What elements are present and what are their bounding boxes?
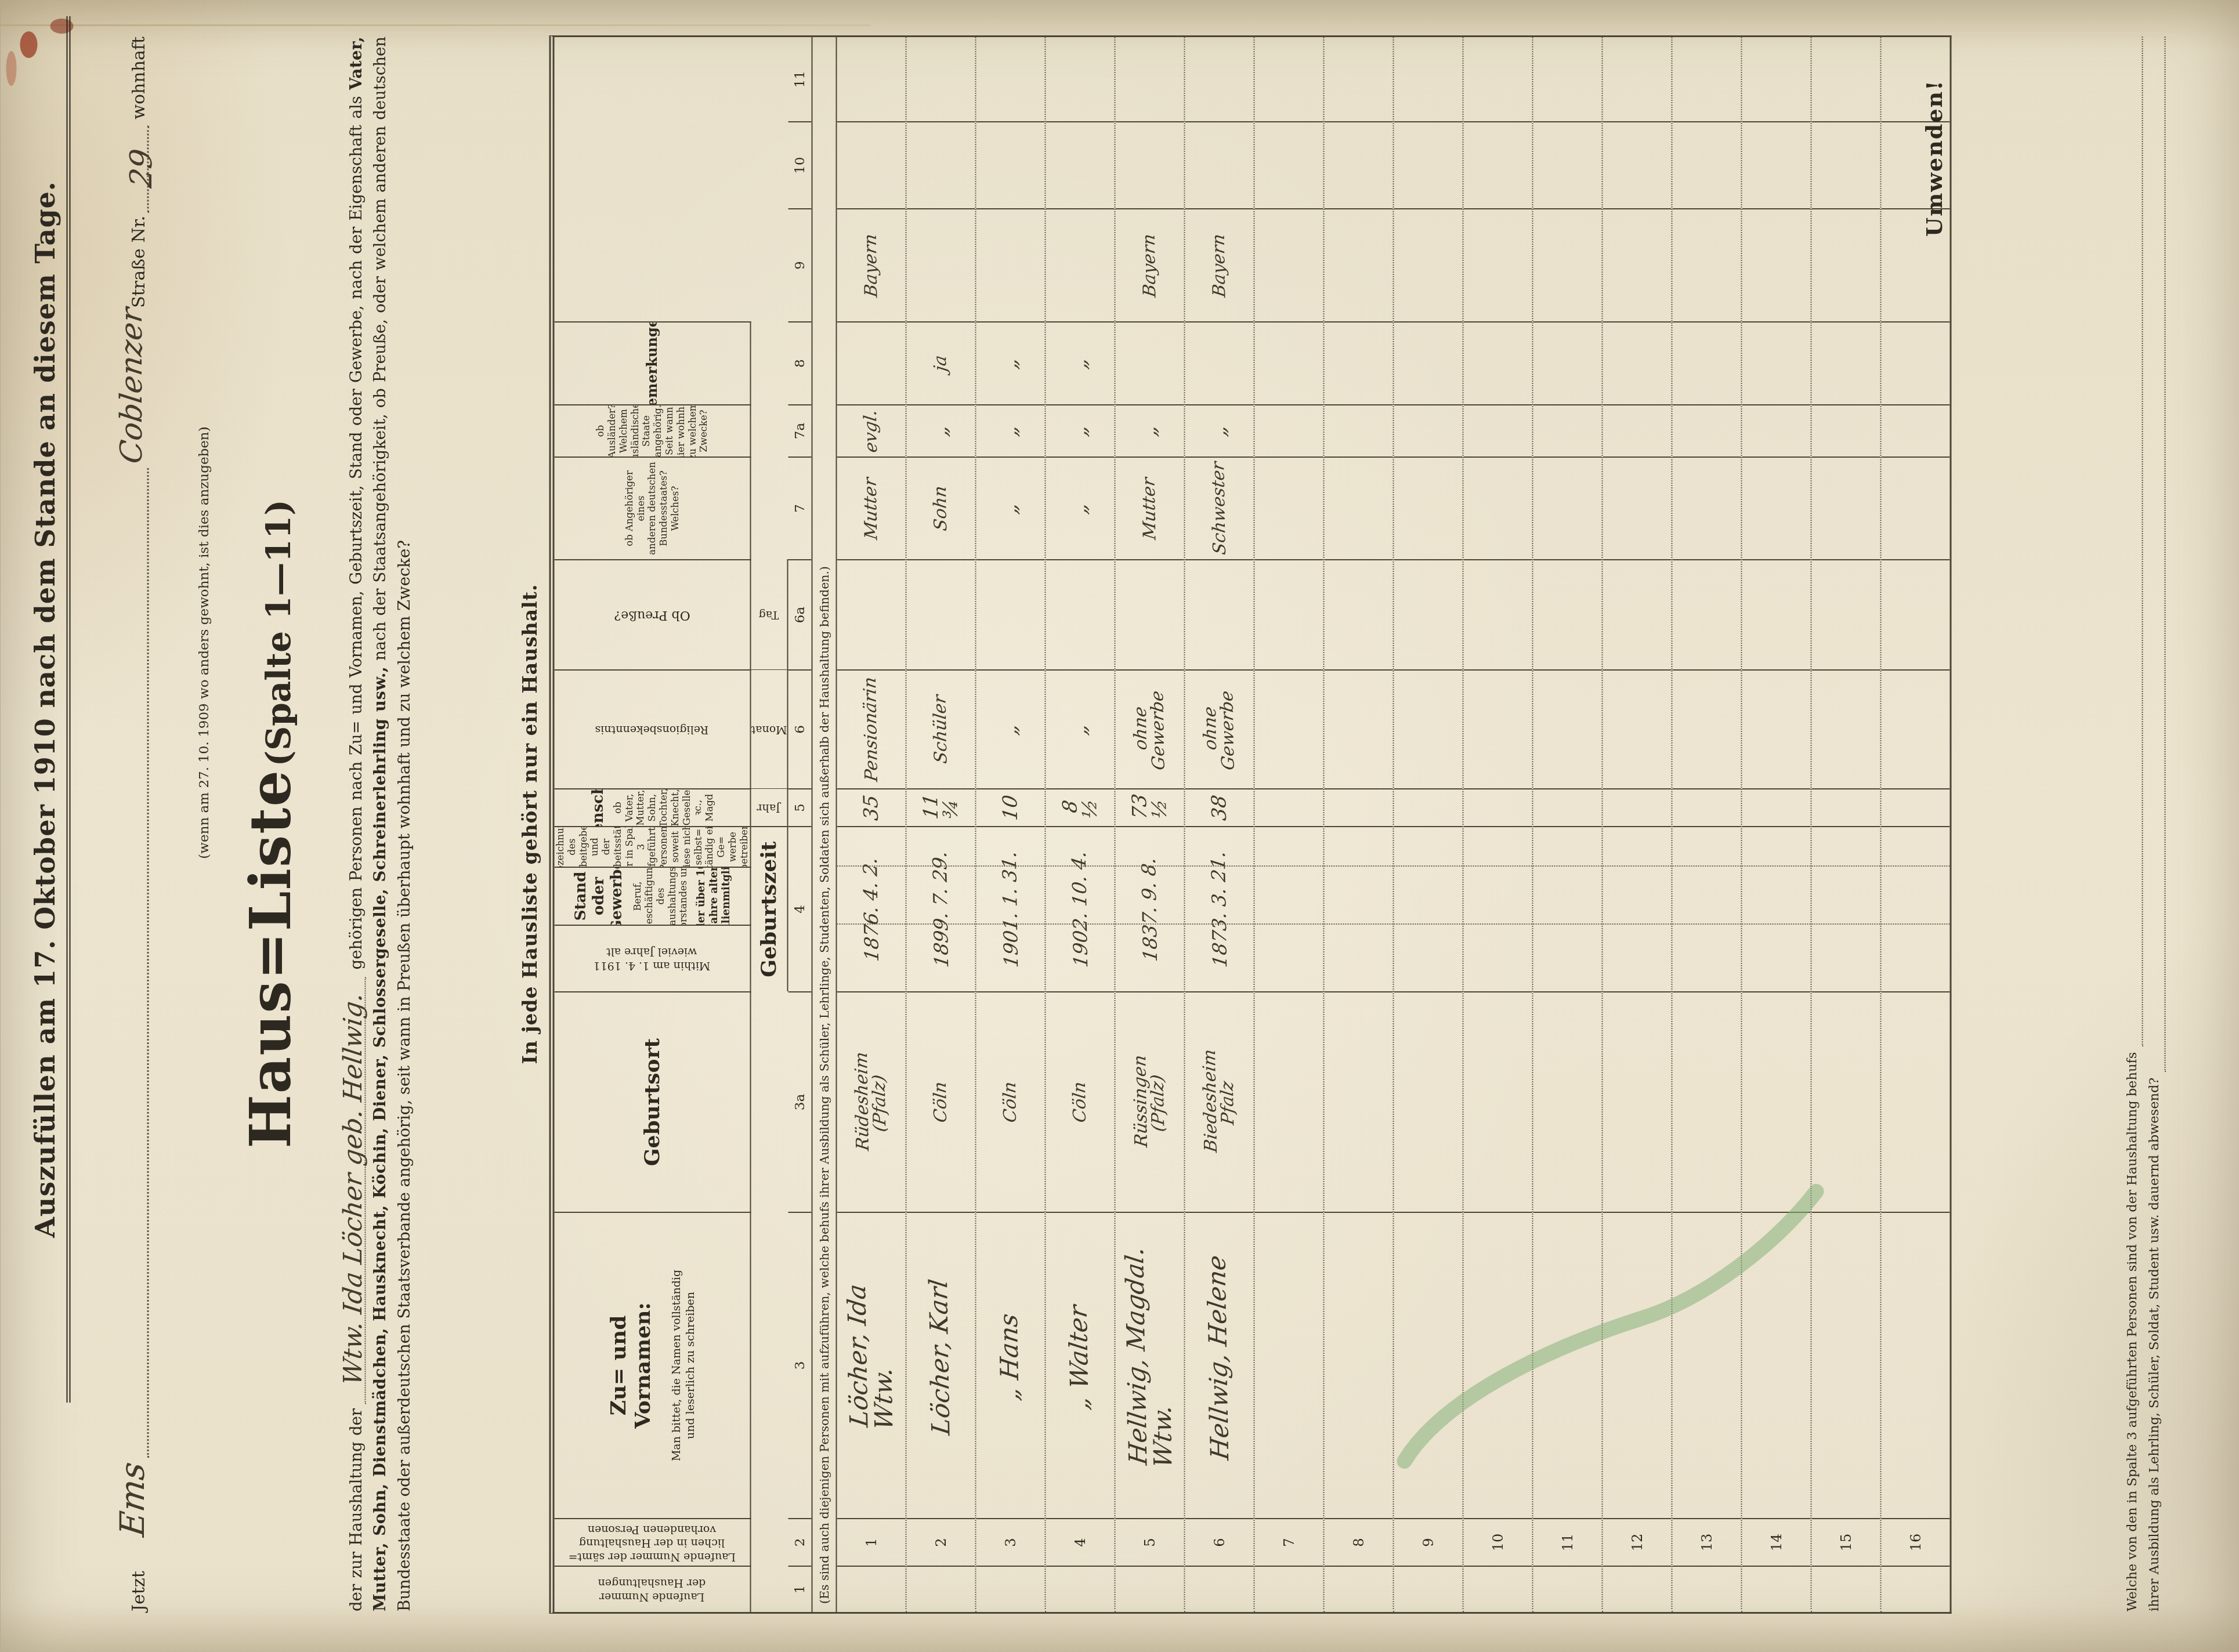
cell-status [1811, 457, 1880, 559]
col9-header: ob Angehöriger eines anderen deutschen B… [623, 458, 681, 559]
street-name-handwritten: Coblenzer [114, 306, 149, 466]
table-row: 2 Löcher, Karl Cöln 1899. 7. 29. 11 ¾ Sc… [906, 37, 976, 1612]
cell-household-no [1394, 1566, 1462, 1612]
cell-religion [1324, 404, 1392, 457]
cell-age: 73 ½ [1115, 788, 1184, 826]
cell-age [1603, 788, 1671, 826]
cell-person-no: 16 [1881, 1518, 1949, 1566]
dotted-answer-rule [2126, 37, 2143, 1046]
cell-remarks [1533, 37, 1601, 121]
cell-name [1672, 1212, 1741, 1518]
form-fill-date-title: Auszufüllen am 17. Oktober 1910 nach dem… [29, 16, 70, 1403]
cell-trade [1742, 669, 1810, 788]
cell-remarks [976, 37, 1044, 121]
cell-birthplace: Rüssingen (Pfalz) [1115, 991, 1184, 1212]
cell-name: „ Walter [1046, 1212, 1114, 1518]
cell-other-state [1046, 208, 1114, 321]
residence-line: Jetzt Ems Coblenzer Straße Nr. 29 wohnha… [114, 37, 149, 1611]
cell-birthdate: 1901. 1. 31. [976, 826, 1044, 991]
cell-age: 35 [837, 788, 905, 826]
cell-religion [1533, 404, 1601, 457]
residence-town-handwritten: Ems [115, 1461, 149, 1538]
cell-trade [1672, 669, 1741, 788]
cell-other-state [1254, 208, 1323, 321]
column-number: 3 [788, 1212, 811, 1518]
cell-foreigner [837, 121, 905, 208]
cell-foreigner [1394, 121, 1462, 208]
cell-name: Löcher, Ida Wtw. [837, 1212, 905, 1518]
cell-household-no [1254, 1566, 1323, 1612]
cell-birthdate: 1876. 4. 2. [837, 826, 905, 991]
cell-status [1603, 457, 1671, 559]
col11-header: Bemerkungen [643, 321, 660, 404]
cell-preusse [837, 321, 905, 404]
cell-other-state [1811, 208, 1880, 321]
cell-employer [1046, 559, 1114, 669]
cell-preusse [1533, 321, 1601, 404]
col4-monat-header: Monat [751, 722, 787, 736]
cell-person-no: 9 [1394, 1518, 1462, 1566]
cell-birthdate [1811, 826, 1880, 991]
cell-trade: Pensionärin [837, 669, 905, 788]
table-header-row: Laufende Nummer der Haushaltungen Laufen… [554, 37, 788, 1612]
cell-foreigner [1185, 121, 1253, 208]
cell-birthplace: Rüdesheim (Pfalz) [837, 991, 905, 1212]
intro-paragraph: der zur Haushaltung der Wtw. Ida Löcher … [341, 37, 416, 1611]
census-form-page: Auszufüllen am 17. Oktober 1910 nach dem… [0, 0, 2239, 1652]
paper-fold-edge [0, 24, 870, 26]
column-number: 11 [788, 37, 811, 121]
cell-other-state [906, 208, 975, 321]
cell-employer [837, 559, 905, 669]
cell-preusse [1811, 321, 1880, 404]
cell-person-no: 15 [1811, 1518, 1880, 1566]
cell-household-no [1533, 1566, 1601, 1612]
cell-preusse [1324, 321, 1392, 404]
cell-status: Schwester [1185, 457, 1253, 559]
cell-name: Hellwig, Helene [1185, 1212, 1253, 1518]
cell-foreigner [1115, 121, 1184, 208]
cell-religion [1254, 404, 1323, 457]
cell-trade: ohne Gewerbe [1115, 669, 1184, 788]
cell-person-no: 14 [1742, 1518, 1810, 1566]
cell-remarks [906, 37, 975, 121]
cell-birthplace [1463, 991, 1532, 1212]
col10-header: ob Ausländer? Welchem ausländischen Staa… [594, 404, 709, 457]
cell-preusse: „ [1046, 321, 1114, 404]
cell-birthplace [1811, 991, 1880, 1212]
cell-birthplace [1533, 991, 1601, 1212]
cell-remarks [1185, 37, 1253, 121]
cell-birthdate: 1899. 7. 29. [906, 826, 975, 991]
cell-preusse [1742, 321, 1810, 404]
cell-remarks [1742, 37, 1810, 121]
cell-preusse [1115, 321, 1184, 404]
table-row: 14 [1742, 37, 1811, 1612]
cell-trade [1254, 669, 1323, 788]
cell-religion [1672, 404, 1741, 457]
cell-name [1254, 1212, 1323, 1518]
cell-foreigner [906, 121, 975, 208]
cell-trade: „ [1046, 669, 1114, 788]
table-row: 3 „ Hans Cöln 1901. 1. 31. 10 „ „ „ „ [976, 37, 1046, 1612]
cell-religion: „ [1115, 404, 1184, 457]
cell-age [1881, 788, 1949, 826]
cell-employer [1881, 559, 1949, 669]
table-row: 7 [1254, 37, 1324, 1612]
cell-person-no: 3 [976, 1518, 1044, 1566]
cell-remarks [1394, 37, 1462, 121]
cell-employer [1394, 559, 1462, 669]
column-number: 8 [788, 321, 811, 404]
col7-header-sub: ob Vater, Mutter, Sohn, Tochter, Knecht,… [612, 788, 715, 826]
table-row: 11 [1533, 37, 1603, 1612]
cell-name [1394, 1212, 1462, 1518]
table-row: 9 [1394, 37, 1463, 1612]
cell-birthdate [1742, 826, 1810, 991]
cell-age: 10 [976, 788, 1044, 826]
cell-status [1394, 457, 1462, 559]
col6-header-title: Stand oder Gewerbe [571, 867, 626, 925]
cell-name [1742, 1212, 1810, 1518]
street-number-handwritten: 29 [124, 122, 149, 212]
cell-other-state [1324, 208, 1392, 321]
cell-trade [1811, 669, 1880, 788]
table-row: 1 Löcher, Ida Wtw. Rüdesheim (Pfalz) 187… [837, 37, 906, 1612]
cell-foreigner [1742, 121, 1810, 208]
column-number: 2 [788, 1518, 811, 1566]
cell-trade: „ [976, 669, 1044, 788]
cell-employer [1324, 559, 1392, 669]
column-number: 10 [788, 121, 811, 208]
turn-over-label: Umwenden! [1920, 79, 1947, 237]
column-number: 6a [788, 559, 811, 669]
col3-header-title: Zu= und Vornamen: [606, 1302, 654, 1429]
col6a-header: Bezeichnung des Arbeitgebers und der Arb… [554, 826, 750, 867]
cell-household-no [906, 1566, 975, 1612]
col2-header: Laufende Nummer der sämt= lichen in der … [568, 1521, 736, 1563]
cell-birthplace [1881, 991, 1949, 1212]
cell-preusse [1603, 321, 1671, 404]
absent-note-line2: ihrer Ausbildung als Lehrling, Schüler, … [2143, 1078, 2165, 1611]
table-row: 13 [1672, 37, 1742, 1612]
dotted-rule [124, 468, 149, 1458]
table-row: 16 [1881, 37, 1949, 1612]
cell-trade [1533, 669, 1601, 788]
cell-household-no [1115, 1566, 1184, 1612]
cell-remarks [1046, 37, 1114, 121]
cell-religion [1811, 404, 1880, 457]
cell-foreigner [1603, 121, 1671, 208]
column-number: 1 [788, 1566, 811, 1612]
cell-employer [1254, 559, 1323, 669]
cell-person-no: 2 [906, 1518, 975, 1566]
cell-household-no [1672, 1566, 1741, 1612]
cell-birthdate [1394, 826, 1462, 991]
cell-remarks [1115, 37, 1184, 121]
cell-trade [1603, 669, 1671, 788]
cell-birthdate [1254, 826, 1323, 991]
cell-age [1811, 788, 1880, 826]
cell-birthplace: Cöln [906, 991, 975, 1212]
header-footnote: (Es sind auch diejenigen Personen mit au… [812, 37, 837, 1612]
table-row: 8 [1324, 37, 1394, 1612]
cell-birthplace [1324, 991, 1392, 1212]
cell-name [1463, 1212, 1532, 1518]
cell-household-no [1742, 1566, 1810, 1612]
cell-age: 8 ½ [1046, 788, 1114, 826]
cell-foreigner [1672, 121, 1741, 208]
cell-trade [1881, 669, 1949, 788]
col6-header-sub: Beruf, Beschäftigung des Haushaltungs= v… [631, 867, 689, 925]
main-title-block: Haus=Liste (Spalte 1—11) [237, 37, 303, 1611]
cell-birthplace: Biedesheim Pfalz [1185, 991, 1253, 1212]
cell-foreigner [1533, 121, 1601, 208]
cell-status [1533, 457, 1601, 559]
cell-household-no [1881, 1566, 1949, 1612]
cell-person-no: 7 [1254, 1518, 1323, 1566]
intro-part1: der zur Haushaltung der [346, 1408, 365, 1611]
cell-birthdate [1324, 826, 1392, 991]
cell-age: 11 ¾ [906, 788, 975, 826]
absent-persons-note: Welche von den in Spalte 3 aufgeführten … [2121, 37, 2165, 1611]
cell-name: Löcher, Karl [906, 1212, 975, 1518]
cell-trade: Schüler [906, 669, 975, 788]
table-row: 10 [1463, 37, 1533, 1612]
cell-preusse: „ [976, 321, 1044, 404]
cell-name: Hellwig, Magdal. Wtw. [1115, 1212, 1184, 1518]
cell-household-no [837, 1566, 905, 1612]
cell-birthdate [1881, 826, 1949, 991]
col7-header-title: Eigenschaft: [589, 788, 607, 826]
cell-household-no [1046, 1566, 1114, 1612]
col4-header: Geburtszeit [757, 841, 780, 977]
col4-tag-header: Tag [758, 607, 779, 621]
cell-preusse [1254, 321, 1323, 404]
col4-jahr-header: Jahr [757, 800, 780, 814]
cell-status: „ [976, 457, 1044, 559]
cell-trade [1463, 669, 1532, 788]
table-row: 12 [1603, 37, 1672, 1612]
cell-preusse [1185, 321, 1253, 404]
cell-person-no: 5 [1115, 1518, 1184, 1566]
cell-foreigner [976, 121, 1044, 208]
cell-status [1881, 457, 1949, 559]
cell-employer [1115, 559, 1184, 669]
cell-remarks [1811, 37, 1880, 121]
cell-other-state [1394, 208, 1462, 321]
cell-foreigner [1463, 121, 1532, 208]
column-number: 4 [788, 826, 811, 991]
cell-birthplace: Cöln [976, 991, 1044, 1212]
absent-note-line1: Welche von den in Spalte 3 aufgeführten … [2121, 1052, 2143, 1611]
one-household-rule: In jede Hausliste gehört nur ein Haushal… [518, 37, 541, 1611]
cell-foreigner [1046, 121, 1114, 208]
cell-household-no [1603, 1566, 1671, 1612]
cell-remarks [1672, 37, 1741, 121]
cell-preusse [1463, 321, 1532, 404]
cell-age: 38 [1185, 788, 1253, 826]
table-row: 4 „ Walter Cöln 1902. 10. 4. 8 ½ „ „ „ „ [1046, 37, 1115, 1612]
col6-header-bold: der über 16 Jahre alten Familienmitglied… [695, 867, 732, 925]
cell-foreigner [1324, 121, 1392, 208]
cell-trade [1394, 669, 1462, 788]
cell-foreigner [1254, 121, 1323, 208]
cell-other-state: Bayern [837, 208, 905, 321]
table-row: 6 Hellwig, Helene Biedesheim Pfalz 1873.… [1185, 37, 1254, 1612]
column-number: 7a [788, 404, 811, 457]
cell-employer [1672, 559, 1741, 669]
street-label: Straße Nr. [128, 216, 149, 308]
cell-other-state [976, 208, 1044, 321]
cell-remarks [837, 37, 905, 121]
cell-religion [1881, 404, 1949, 457]
cell-other-state: Bayern [1185, 208, 1253, 321]
main-title-columns: (Spalte 1—11) [258, 499, 298, 766]
cell-employer [906, 559, 975, 669]
col1-header: Laufende Nummer der Haushaltungen [598, 1575, 706, 1603]
cell-person-no: 11 [1533, 1518, 1601, 1566]
table-row: 15 [1811, 37, 1881, 1612]
cell-name [1811, 1212, 1880, 1518]
cell-status [1254, 457, 1323, 559]
cell-birthplace [1254, 991, 1323, 1212]
previous-residence-note: (wenn am 27. 10. 1909 wo anders gewohnt,… [196, 283, 211, 1002]
scan-viewport: Auszufüllen am 17. Oktober 1910 nach dem… [0, 0, 2239, 1652]
cell-religion [1742, 404, 1810, 457]
cell-age [1742, 788, 1810, 826]
cell-person-no: 1 [837, 1518, 905, 1566]
col7a-header: Religionsbekenntnis [595, 723, 708, 737]
cell-other-state [1533, 208, 1601, 321]
cell-birthplace: Cöln [1046, 991, 1114, 1212]
col3a-header: Geburtsort [640, 1038, 664, 1166]
cell-name [1603, 1212, 1671, 1518]
cell-household-no [1324, 1566, 1392, 1612]
column-number-row: 1233a4566a77a891011 [788, 37, 812, 1612]
cell-religion: „ [976, 404, 1044, 457]
cell-birthplace [1603, 991, 1671, 1212]
cell-status [1672, 457, 1741, 559]
cell-religion: „ [906, 404, 975, 457]
cell-remarks [1463, 37, 1532, 121]
cell-status [1742, 457, 1810, 559]
cell-name [1324, 1212, 1392, 1518]
cell-age [1533, 788, 1601, 826]
cell-age [1254, 788, 1323, 826]
cell-status: Sohn [906, 457, 975, 559]
cell-trade: ohne Gewerbe [1185, 669, 1253, 788]
column-number: 5 [788, 788, 811, 826]
cell-person-no: 4 [1046, 1518, 1114, 1566]
cell-birthdate [1672, 826, 1741, 991]
cell-other-state: Bayern [1115, 208, 1184, 321]
cell-employer [1185, 559, 1253, 669]
table-body: 1 Löcher, Ida Wtw. Rüdesheim (Pfalz) 187… [837, 37, 1949, 1612]
cell-status: „ [1046, 457, 1114, 559]
cell-other-state [1672, 208, 1741, 321]
cell-religion: evgl. [837, 404, 905, 457]
cell-status [1324, 457, 1392, 559]
cell-person-no: 8 [1324, 1518, 1392, 1566]
cell-religion [1463, 404, 1532, 457]
cell-preusse: ja [906, 321, 975, 404]
cell-other-state [1603, 208, 1671, 321]
cell-remarks [1324, 37, 1392, 121]
cell-status [1463, 457, 1532, 559]
cell-other-state [1463, 208, 1532, 321]
cell-preusse [1881, 321, 1949, 404]
main-title: Haus=Liste [237, 769, 303, 1149]
cell-trade [1324, 669, 1392, 788]
cell-employer [1603, 559, 1671, 669]
cell-household-no [1463, 1566, 1532, 1612]
cell-preusse [1394, 321, 1462, 404]
cell-remarks [1254, 37, 1323, 121]
cell-household-no [976, 1566, 1044, 1612]
cell-birthdate [1533, 826, 1601, 991]
cell-household-no [1811, 1566, 1880, 1612]
cell-birthdate: 1837. 9. 8. [1115, 826, 1184, 991]
cell-age [1672, 788, 1741, 826]
column-number: 9 [788, 208, 811, 321]
wohnhaft-label: wohnhaft [128, 37, 149, 119]
household-head-name-handwritten: Wtw. Ida Löcher geb. Hellwig. [341, 974, 366, 1404]
rust-stain [6, 51, 16, 86]
table-row: 5 Hellwig, Magdal. Wtw. Rüssingen (Pfalz… [1115, 37, 1185, 1612]
cell-name: „ Hans [976, 1212, 1044, 1518]
col5-header: Mithin am 1. 4. 1911 wieviel Jahre alt [593, 945, 710, 973]
cell-birthdate [1603, 826, 1671, 991]
cell-age [1463, 788, 1532, 826]
column-number: 3a [788, 991, 811, 1212]
jetzt-label: Jetzt [128, 1571, 149, 1611]
cell-employer [1811, 559, 1880, 669]
cell-employer [1463, 559, 1532, 669]
cell-person-no: 12 [1603, 1518, 1671, 1566]
cell-birthplace [1742, 991, 1810, 1212]
cell-person-no: 10 [1463, 1518, 1532, 1566]
cell-birthdate [1463, 826, 1532, 991]
col8-header: Ob Preuße? [614, 607, 690, 623]
cell-name [1881, 1212, 1949, 1518]
col3-header-sub: Man bittet, die Namen vollständig und le… [670, 1270, 697, 1461]
cell-religion: „ [1046, 404, 1114, 457]
cell-religion [1394, 404, 1462, 457]
dotted-answer-rule [2149, 37, 2165, 1072]
column-number: 6 [788, 669, 811, 788]
cell-employer [1742, 559, 1810, 669]
cell-religion [1603, 404, 1671, 457]
cell-birthdate: 1873. 3. 21. [1185, 826, 1253, 991]
cell-name [1533, 1212, 1601, 1518]
cell-birthdate: 1902. 10. 4. [1046, 826, 1114, 991]
cell-person-no: 13 [1672, 1518, 1741, 1566]
cell-age [1324, 788, 1392, 826]
column-number: 7 [788, 457, 811, 559]
census-table: Laufende Nummer der Haushaltungen Laufen… [549, 35, 1951, 1614]
cell-birthplace [1672, 991, 1741, 1212]
intro-part2: gehörigen Personen nach Zu= und Vornamen… [346, 96, 365, 969]
cell-status: Mutter [837, 457, 905, 559]
cell-age [1394, 788, 1462, 826]
cell-employer [976, 559, 1044, 669]
cell-religion: „ [1185, 404, 1253, 457]
cell-other-state [1742, 208, 1810, 321]
cell-preusse [1672, 321, 1741, 404]
cell-remarks [1603, 37, 1671, 121]
cell-birthplace [1394, 991, 1462, 1212]
